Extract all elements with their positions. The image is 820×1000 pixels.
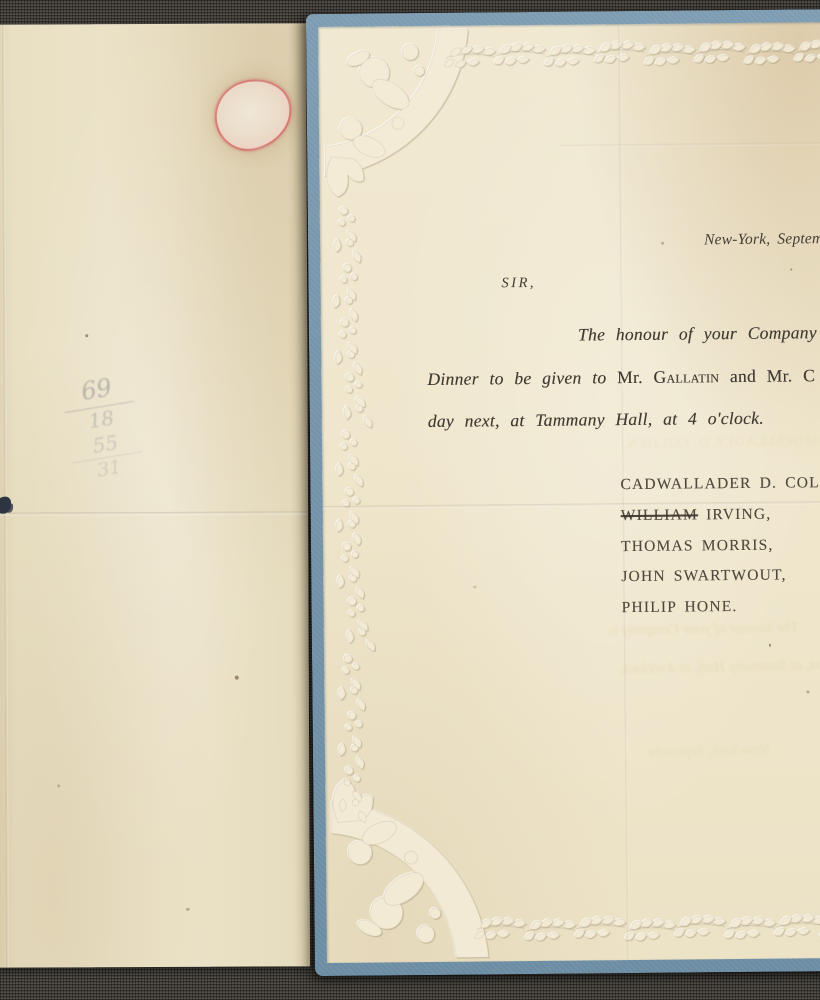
laurel-garland-emboss-top	[443, 39, 820, 69]
signatory-struck: WILLIAM IRVING,	[621, 499, 820, 532]
dateline: New-York, Septembe	[704, 230, 820, 249]
scanned-invitation-photo: 69 18 55 31	[0, 0, 820, 1000]
signatory: THOMAS MORRIS,	[621, 529, 820, 562]
foxing-speck	[769, 644, 771, 647]
left-page: 69 18 55 31	[0, 23, 310, 967]
struck-name: WILLIAM	[621, 506, 698, 524]
signatory: PHILIP HONE.	[621, 591, 820, 624]
pencil-arithmetic: 69 18 55 31	[60, 369, 146, 487]
invitation-page: CADWALLADER D. COLDEN, The honour of you…	[306, 9, 820, 976]
fold-crease-horizontal	[0, 511, 308, 515]
body-line-2-lead: Dinner to be given to	[427, 367, 606, 389]
wax-seal-residue	[207, 71, 300, 158]
invitation-paper: CADWALLADER D. COLDEN, The honour of you…	[318, 22, 820, 963]
honorific: Mr.	[767, 365, 793, 385]
show-through-text: day next, at Tammany Hall, at 4 o'clock.	[618, 657, 820, 679]
signatories-list: CADWALLADER D. COLDEN, WILLIAM IRVING, T…	[620, 468, 820, 624]
floral-vine-emboss	[327, 207, 378, 825]
foxing-speck	[806, 690, 809, 693]
guest-name-gallatin: Gallatin	[653, 366, 719, 387]
guest-name-clipped: C	[803, 365, 815, 385]
signatory: JOHN SWARTWOUT,	[621, 560, 820, 593]
foxing-speck	[661, 242, 664, 245]
foxing-speck	[85, 334, 88, 337]
ink-blot	[0, 497, 11, 514]
foxing-speck	[790, 268, 792, 270]
body-line-2: Dinner to be given to Mr. Gallatin and M…	[427, 365, 815, 390]
salutation: SIR,	[501, 275, 536, 292]
laurel-garland-emboss-bottom	[473, 914, 820, 944]
show-through-text: New-York, Septembe	[647, 742, 771, 761]
honorific: Mr.	[617, 367, 643, 387]
fold-crease-faint	[559, 142, 820, 148]
show-through-text: CADWALLADER D. COLDEN,	[622, 433, 820, 453]
foxing-speck	[57, 784, 60, 787]
cherub-medallion-emboss-inverted	[331, 778, 488, 959]
signatory-rest: IRVING,	[698, 505, 772, 523]
cherub-medallion-emboss	[324, 30, 470, 197]
conjunction: and	[730, 366, 756, 386]
foxing-speck	[235, 676, 239, 680]
body-line-1: The honour of your Company is	[578, 322, 820, 346]
signatory: CADWALLADER D. COLDEN,	[620, 468, 820, 501]
foxing-speck	[473, 586, 476, 589]
body-line-3: day next, at Tammany Hall, at 4 o'clock.	[428, 408, 764, 432]
foxing-speck	[186, 908, 190, 911]
